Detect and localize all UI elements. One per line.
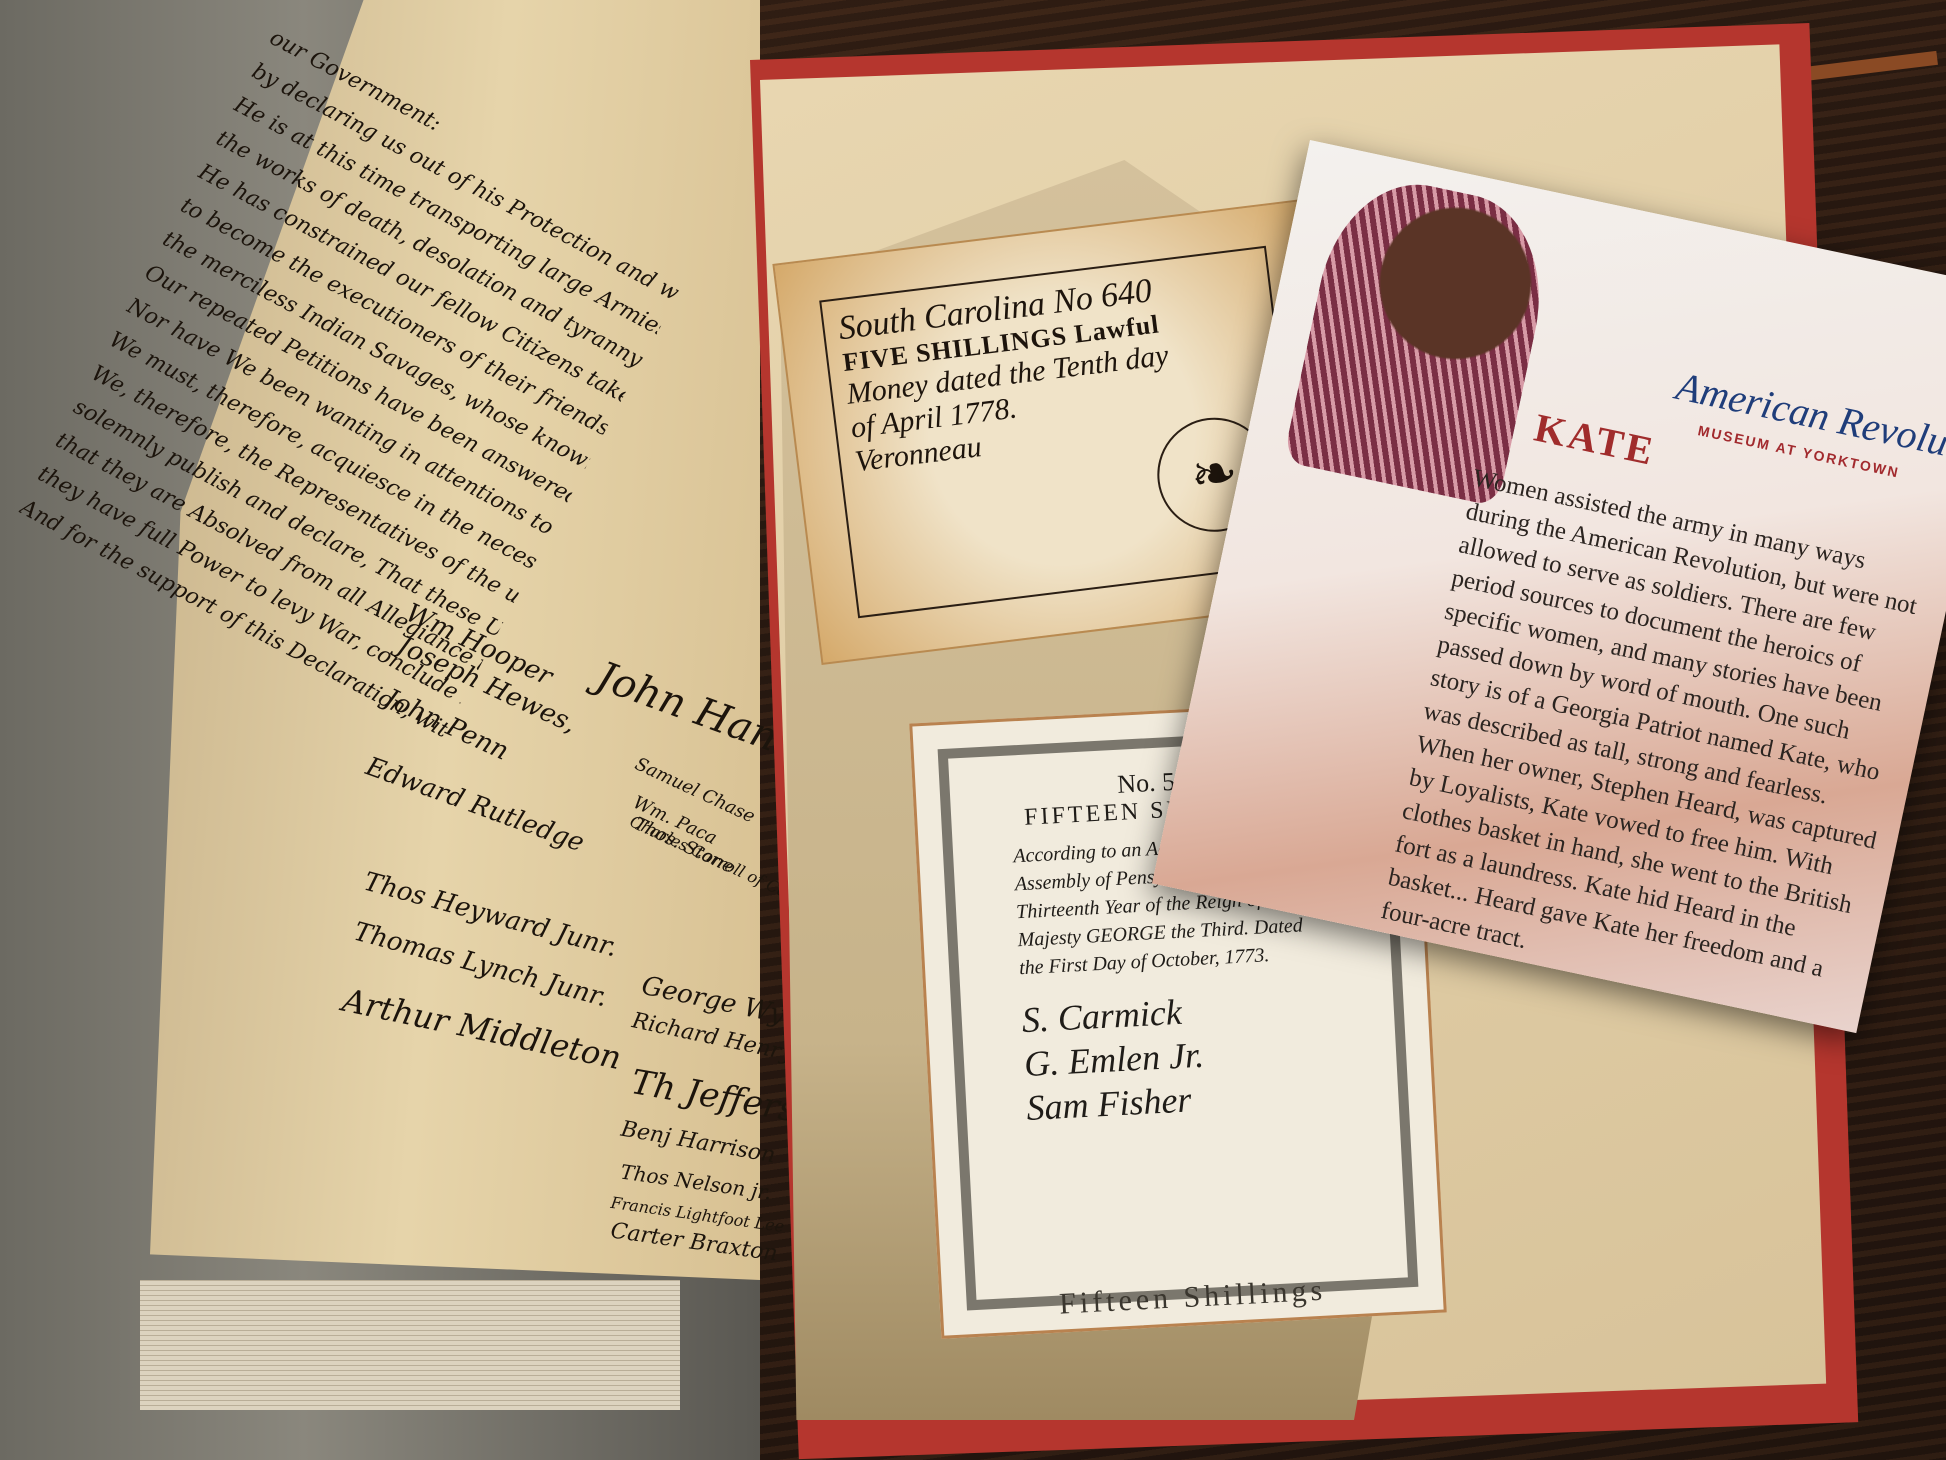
card-title: KATE — [1530, 404, 1659, 475]
kate-portrait — [1283, 168, 1561, 507]
card-bio: Women assisted the army in many ways dur… — [1378, 462, 1937, 1025]
newsprint-insert — [140, 1280, 680, 1410]
